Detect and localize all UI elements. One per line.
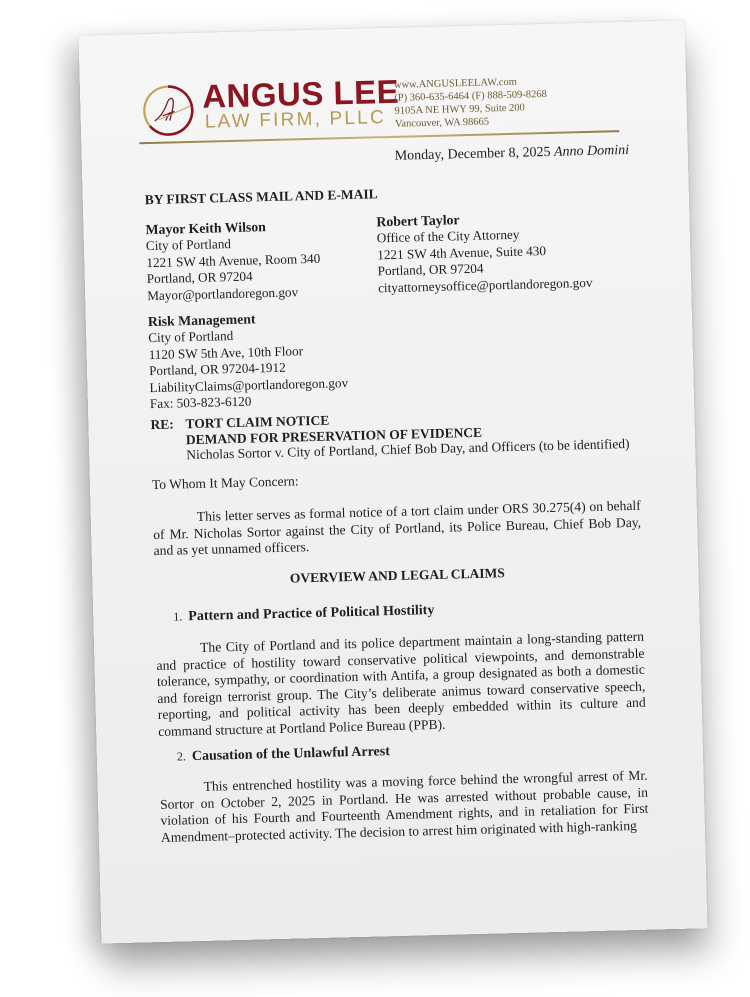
signature-monogram-icon xyxy=(140,82,197,139)
letter-date: Monday, December 8, 2025 Anno Domini xyxy=(395,143,630,165)
claim-number: 1. xyxy=(173,609,182,623)
section-heading: OVERVIEW AND LEGAL CLAIMS xyxy=(92,560,702,591)
claim-title: Pattern and Practice of Political Hostil… xyxy=(188,603,434,624)
firm-address-line2: Vancouver, WA 98665 xyxy=(395,114,548,131)
recipient-risk-management: Risk Management City of Portland 1120 SW… xyxy=(148,309,349,412)
firm-contact-block: www.ANGUSLEELAW.com (P) 360-635-6464 (F)… xyxy=(394,75,548,131)
claim-2-body: This entrenched hostility was a moving f… xyxy=(159,768,649,847)
date-suffix: Anno Domini xyxy=(554,143,629,160)
intro-paragraph: This letter serves as formal notice of a… xyxy=(153,498,642,560)
recipient-city-attorney: Robert Taylor Office of the City Attorne… xyxy=(376,209,592,296)
firm-subtitle: LAW FIRM, PLLC xyxy=(205,107,387,134)
claim-1-heading: 1.Pattern and Practice of Political Host… xyxy=(173,603,434,626)
claim-title: Causation of the Unlawful Arrest xyxy=(192,744,390,764)
claim-1-body: The City of Portland and its police depa… xyxy=(156,629,646,741)
re-label: RE: xyxy=(150,417,174,433)
delivery-method: BY FIRST CLASS MAIL AND E-MAIL xyxy=(145,186,378,208)
recipient-email[interactable]: Mayor@portlandoregon.gov xyxy=(147,283,321,304)
claim-2-heading: 2.Causation of the Unlawful Arrest xyxy=(177,744,390,765)
claim-number: 2. xyxy=(177,749,186,763)
salutation: To Whom It May Concern: xyxy=(152,473,299,493)
date-text: Monday, December 8, 2025 xyxy=(395,145,551,164)
letter-page: ANGUS LEE LAW FIRM, PLLC www.ANGUSLEELAW… xyxy=(79,20,708,943)
recipient-mayor: Mayor Keith Wilson City of Portland 1221… xyxy=(145,218,321,304)
